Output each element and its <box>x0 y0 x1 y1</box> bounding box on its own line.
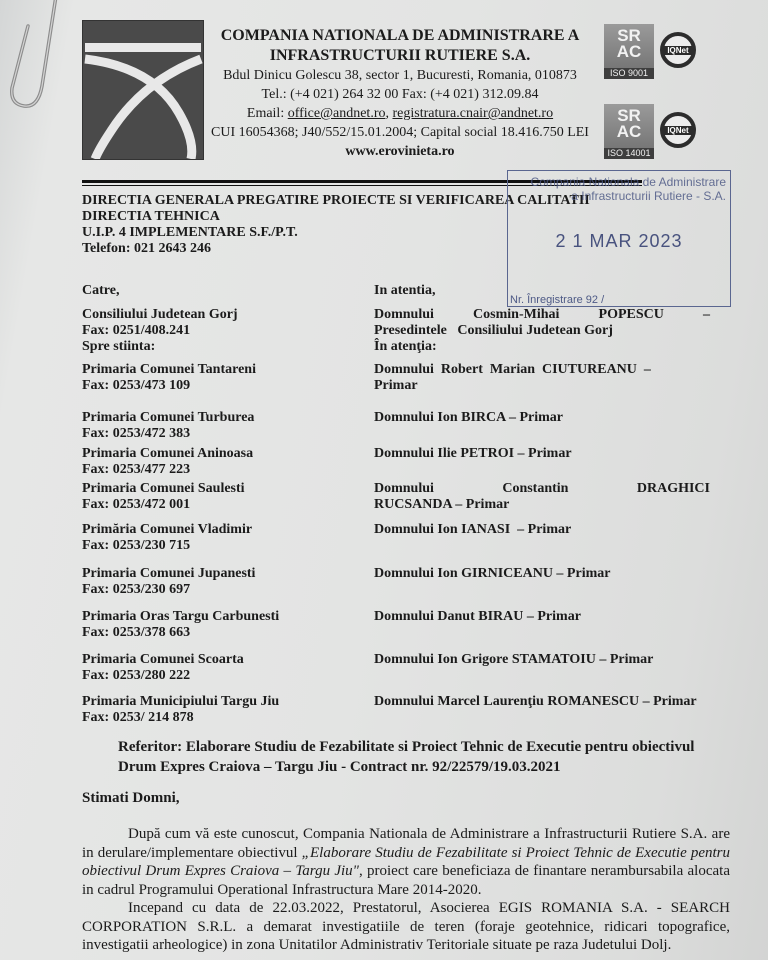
paper-clip-icon <box>4 0 60 116</box>
company-registry: CUI 16054368; J40/552/15.01.2004; Capita… <box>205 123 595 142</box>
srac-badge-icon: SR AC ISO 14001 <box>604 104 654 159</box>
iso-label: ISO 14001 <box>604 148 654 159</box>
main-addressee: Consiliului Judetean Gorj Fax: 0251/408.… <box>82 307 238 355</box>
person-word: – <box>703 307 710 323</box>
institution-name: Primaria Comunei Tantareni <box>82 362 256 378</box>
srac-ac: AC <box>604 124 654 140</box>
iqnet-seal-icon: IQNet <box>660 32 696 68</box>
recipient-person: Domnului Danut BIRAU – Primar <box>374 609 724 625</box>
institution-name: Primaria Municipiului Targu Jiu <box>82 694 279 710</box>
salutation: Stimati Domni, <box>82 790 180 807</box>
cc-label: Spre stiinta: <box>82 339 238 355</box>
person-word: DRAGHICI <box>637 481 710 497</box>
attention-label: In atentia, <box>374 283 724 299</box>
recipient-institution: Primaria Comunei TurbureaFax: 0253/472 3… <box>82 410 254 442</box>
paragraph-1: După cum vă este cunoscut, Compania Nati… <box>82 825 730 899</box>
main-fax: Fax: 0251/408.241 <box>82 323 238 339</box>
institution-fax: Fax: 0253/280 222 <box>82 668 244 684</box>
recipient-institution: Primaria Comunei ScoartaFax: 0253/280 22… <box>82 652 244 684</box>
recipient-person: Domnului Ion BIRCA – Primar <box>374 410 724 426</box>
institution-fax: Fax: 0253/477 223 <box>82 462 253 478</box>
person-word: Constantin <box>502 481 568 497</box>
srac-badge-icon: SR AC ISO 9001 <box>604 24 654 79</box>
person-word: Domnului <box>374 307 434 323</box>
recipient-person: Domnului Robert Marian CIUTUREANU –Prima… <box>374 362 724 394</box>
company-emails: Email: office@andnet.ro, registratura.cn… <box>205 104 595 123</box>
person-line1: Domnului Ion IANASI – Primar <box>374 522 724 538</box>
main-person: Domnului Cosmin-Mihai POPESCU – Presedin… <box>374 307 710 355</box>
certification-iso9001: SR AC ISO 9001 IQNet <box>604 24 696 80</box>
recipient-person: Domnului Marcel Laurenţiu ROMANESCU – Pr… <box>374 694 724 710</box>
person-line2: RUCSANDA – Primar <box>374 497 710 513</box>
institution-fax: Fax: 0253/ 214 878 <box>82 710 279 726</box>
institution-name: Primăria Comunei Vladimir <box>82 522 252 538</box>
person-line1: Domnului Ion Grigore STAMATOIU – Primar <box>374 652 724 668</box>
letterhead: COMPANIA NATIONALA DE ADMINISTRARE A INF… <box>205 26 595 161</box>
recipient-institution: Primaria Comunei SaulestiFax: 0253/472 0… <box>82 481 245 513</box>
institution-fax: Fax: 0253/230 715 <box>82 538 252 554</box>
paragraph-2-text: Incepand cu data de 22.03.2022, Prestato… <box>82 900 730 953</box>
main-institution: Consiliului Judetean Gorj <box>82 307 238 323</box>
stamp-company: Compania Nationala de Administrare a Inf… <box>531 175 726 203</box>
recipient-institution: Primaria Municipiului Targu JiuFax: 0253… <box>82 694 279 726</box>
person-line1: DomnuluiConstantinDRAGHICI <box>374 481 710 497</box>
institution-name: Primaria Comunei Scoarta <box>82 652 244 668</box>
institution-fax: Fax: 0253/230 697 <box>82 582 255 598</box>
recipient-institution: Primaria Comunei TantareniFax: 0253/473 … <box>82 362 256 394</box>
institution-name: Primaria Comunei Aninoasa <box>82 446 253 462</box>
road-interchange-icon <box>83 21 203 159</box>
recipient-institution: Primăria Comunei VladimirFax: 0253/230 7… <box>82 522 252 554</box>
person-line1: Domnului Ilie PETROI – Primar <box>374 446 724 462</box>
email-link-registratura[interactable]: registratura.cnair@andnet.ro <box>392 106 553 121</box>
email-link-office[interactable]: office@andnet.ro <box>288 106 386 121</box>
subject-line2: Drum Expres Craiova – Targu Jiu - Contra… <box>118 757 738 777</box>
email-label: Email: <box>247 106 288 121</box>
company-name-line1: COMPANIA NATIONALA DE ADMINISTRARE A <box>205 26 595 46</box>
institution-fax: Fax: 0253/473 109 <box>82 378 256 394</box>
iso-label: ISO 9001 <box>604 68 654 79</box>
recipient-institution: Primaria Comunei JupanestiFax: 0253/230 … <box>82 566 255 598</box>
cc-attention-label: În atenţia: <box>374 339 710 355</box>
company-name-line2: INFRASTRUCTURII RUTIERE S.A. <box>205 46 595 66</box>
cnair-logo <box>82 20 204 160</box>
institution-name: Primaria Comunei Jupanesti <box>82 566 255 582</box>
stamp-company-line2: a Infrastructurii Rutiere - S.A. <box>531 189 726 203</box>
person-line1: Domnului Marcel Laurenţiu ROMANESCU – Pr… <box>374 694 724 710</box>
to-label: Catre, <box>82 283 119 299</box>
recipient-person: Domnului Ilie PETROI – Primar <box>374 446 724 462</box>
recipient-person: Domnului Ion GIRNICEANU – Primar <box>374 566 724 582</box>
stamp-company-line1: Compania Nationala de Administrare <box>531 175 726 189</box>
institution-name: Primaria Comunei Saulesti <box>82 481 245 497</box>
recipient-person: DomnuluiConstantinDRAGHICIRUCSANDA – Pri… <box>374 481 710 513</box>
certification-iso14001: SR AC ISO 14001 IQNet <box>604 104 696 160</box>
stamp-date: 2 1 MAR 2023 <box>508 231 730 252</box>
company-phones: Tel.: (+4 021) 264 32 00 Fax: (+4 021) 3… <box>205 85 595 104</box>
person-line1: Domnului Ion GIRNICEANU – Primar <box>374 566 724 582</box>
institution-name: Primaria Comunei Turburea <box>82 410 254 426</box>
main-person-line2: Presedintele Consiliului Judetean Gorj <box>374 323 710 339</box>
institution-fax: Fax: 0253/472 001 <box>82 497 245 513</box>
subject-block: Referitor: Elaborare Studiu de Fezabilit… <box>118 737 738 777</box>
recipient-person: Domnului Ion IANASI – Primar <box>374 522 724 538</box>
company-website-link[interactable]: www.erovinieta.ro <box>205 142 595 161</box>
person-word: POPESCU <box>599 307 664 323</box>
main-person-line1: Domnului Cosmin-Mihai POPESCU – <box>374 307 710 323</box>
institution-fax: Fax: 0253/378 663 <box>82 625 279 641</box>
recipient-person: Domnului Ion Grigore STAMATOIU – Primar <box>374 652 724 668</box>
subject-line1: Referitor: Elaborare Studiu de Fezabilit… <box>118 737 738 757</box>
person-line2: Primar <box>374 378 724 394</box>
srac-ac: AC <box>604 44 654 60</box>
person-line1: Domnului Danut BIRAU – Primar <box>374 609 724 625</box>
institution-fax: Fax: 0253/472 383 <box>82 426 254 442</box>
recipient-institution: Primaria Comunei AninoasaFax: 0253/477 2… <box>82 446 253 478</box>
paragraph-2: Incepand cu data de 22.03.2022, Prestato… <box>82 899 730 955</box>
person-line1: Domnului Ion BIRCA – Primar <box>374 410 724 426</box>
person-word: Cosmin-Mihai <box>473 307 559 323</box>
iqnet-label: IQNet <box>662 126 694 135</box>
person-word: Domnului <box>374 481 434 497</box>
recipient-institution: Primaria Oras Targu CarbunestiFax: 0253/… <box>82 609 279 641</box>
iqnet-seal-icon: IQNet <box>660 112 696 148</box>
company-address: Bdul Dinicu Golescu 38, sector 1, Bucure… <box>205 66 595 85</box>
person-line1: Domnului Robert Marian CIUTUREANU – <box>374 362 724 378</box>
institution-name: Primaria Oras Targu Carbunesti <box>82 609 279 625</box>
iqnet-label: IQNet <box>662 46 694 55</box>
